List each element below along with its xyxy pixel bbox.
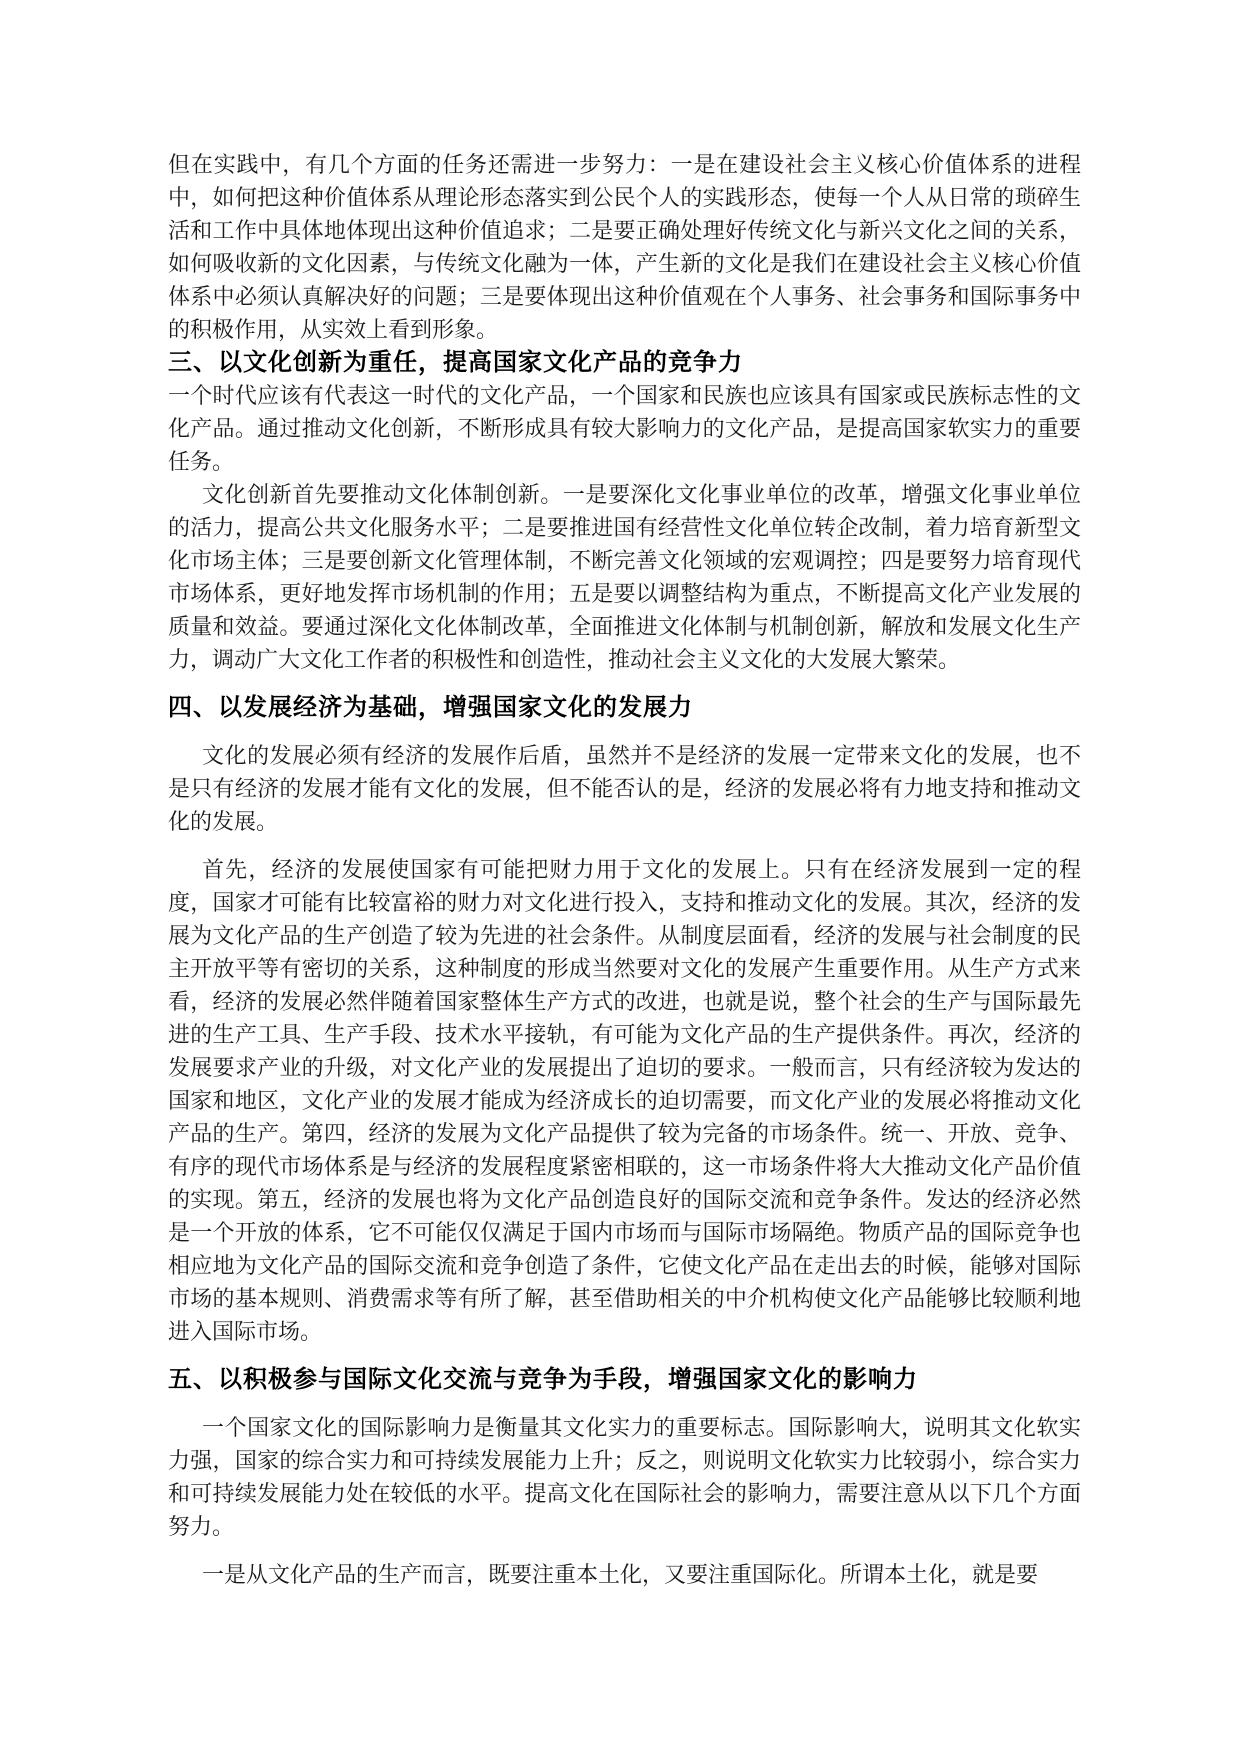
paragraph-cultural-system-innovation: 文化创新首先要推动文化体制创新。一是要深化文化事业单位的改革，增强文化事业单位的… [168, 478, 1081, 676]
heading-section-5-international-exchange: 五、以积极参与国际文化交流与竞争为手段，增强国家文化的影响力 [168, 1363, 1081, 1396]
paragraph-economy-five-points: 首先，经济的发展使国家有可能把财力用于文化的发展上。只有在经济发展到一定的程度，… [168, 853, 1081, 1348]
paragraph-localization-internationalization: 一是从文化产品的生产而言，既要注重本土化，又要注重国际化。所谓本土化，就是要 [168, 1558, 1081, 1591]
paragraph-era-cultural-products: 一个时代应该有代表这一时代的文化产品，一个国家和民族也应该具有国家或民族标志性的… [168, 379, 1081, 478]
paragraph-international-influence: 一个国家文化的国际影响力是衡量其文化实力的重要标志。国际影响大，说明其文化软实力… [168, 1411, 1081, 1543]
document-page: { "page": { "background_color": "#ffffff… [0, 0, 1241, 1754]
paragraph-core-values-tasks: 但在实践中，有几个方面的任务还需进一步努力：一是在建设社会主义核心价值体系的进程… [168, 148, 1081, 346]
paragraph-economy-backs-culture: 文化的发展必须有经济的发展作后盾，虽然并不是经济的发展一定带来文化的发展，也不是… [168, 739, 1081, 838]
heading-section-3-cultural-innovation: 三、以文化创新为重任，提高国家文化产品的竞争力 [168, 346, 1081, 379]
heading-section-4-economic-foundation: 四、以发展经济为基础，增强国家文化的发展力 [168, 691, 1081, 724]
document-body: 但在实践中，有几个方面的任务还需进一步努力：一是在建设社会主义核心价值体系的进程… [0, 0, 1241, 1754]
